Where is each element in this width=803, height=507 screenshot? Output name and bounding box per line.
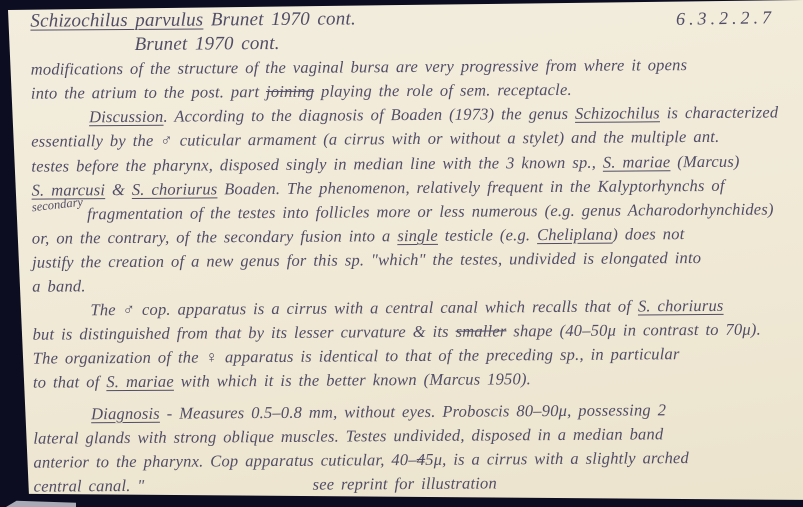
text-segment: fragmentation of the testes into follicl…: [87, 199, 774, 223]
text-segment: justify the creation of a new genus for …: [32, 248, 701, 272]
text-segment: with which it is the better known (Marcu…: [174, 370, 531, 391]
text-segment: Schizochilus: [575, 104, 660, 124]
text-segment: testicle (e.g.: [438, 225, 537, 245]
text-segment: ) does not: [612, 224, 684, 244]
paper-edge-below-card: [6, 493, 76, 507]
text-line: central canal. "see reprint for illustra…: [34, 469, 801, 498]
text-segment: (Marcus): [670, 151, 739, 170]
text-segment: Boaden. The phenomenon, relatively frequ…: [217, 175, 724, 198]
struck-word: joining: [266, 82, 314, 101]
text-segment: Diagnosis: [91, 403, 160, 422]
index-card: 6.3.2.2.7 Schizochilus parvulus Brunet 1…: [0, 0, 803, 507]
text-segment: testes before the pharynx, disposed sing…: [31, 152, 603, 175]
text-segment: S. choriurus: [638, 296, 724, 316]
inserted-word: secondary: [30, 189, 84, 219]
text-segment: Discussion: [89, 107, 164, 127]
text-line: to that of S. mariae with which it is th…: [33, 366, 800, 395]
text-segment: S. mariae: [603, 152, 671, 171]
text-segment: modifications of the structure of the va…: [31, 55, 688, 79]
text-segment: see reprint for illustration: [312, 473, 497, 493]
text-segment: 5μ, is a cirrus with a slightly arched: [425, 448, 689, 469]
text-segment: a band.: [32, 276, 86, 295]
text-segment: . According to the diagnosis of Boaden (…: [163, 104, 575, 126]
text-segment: but is distinguished from that by its le…: [33, 322, 456, 344]
text-segment: Schizochilus parvulus: [30, 9, 203, 31]
text-segment: central canal. ": [34, 476, 145, 496]
text-segment: Cheliplana: [537, 224, 612, 244]
text-segment: lateral glands with strong oblique muscl…: [33, 424, 663, 447]
text-segment: to that of: [33, 373, 107, 393]
text-segment: playing the role of sem. receptacle.: [314, 80, 572, 101]
text-segment: into the atrium to the post. part: [31, 82, 266, 103]
text-segment: The ♂ cop. apparatus is a cirrus with a …: [90, 297, 638, 320]
text-segment: is characterized: [660, 103, 779, 123]
text-segment: S. mariae: [106, 372, 174, 391]
text-segment: Brunet 1970 cont.: [134, 33, 279, 55]
text-segment: &: [105, 180, 132, 199]
text-segment: shape (40–50μ in contrast to 70μ).: [506, 320, 761, 341]
text-segment: anterior to the pharynx. Cop apparatus c…: [33, 450, 416, 472]
struck-word: 4: [417, 450, 426, 469]
text-segment: single: [397, 226, 438, 245]
text-segment: - Measures 0.5–0.8 mm, without eyes. Pro…: [160, 400, 666, 423]
text-segment: essentially by the ♂ cuticular armament …: [31, 127, 719, 151]
text-segment: Brunet 1970 cont.: [203, 8, 356, 30]
card-text: Schizochilus parvulus Brunet 1970 cont.B…: [30, 4, 800, 498]
text-segment: The organization of the ♀ apparatus is i…: [33, 344, 680, 368]
text-segment: or, on the contrary, of the secondary fu…: [32, 226, 398, 248]
struck-word: smaller: [456, 322, 507, 341]
text-segment: S. choriurus: [132, 179, 218, 199]
